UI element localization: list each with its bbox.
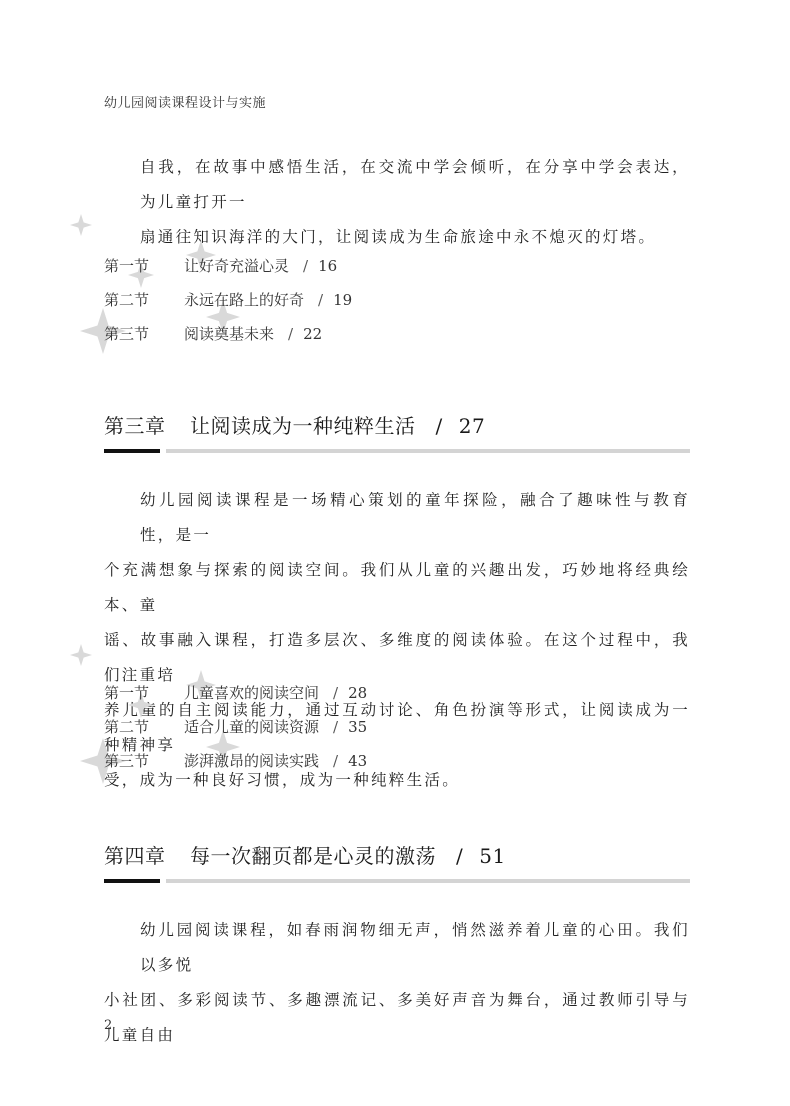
section-page: 22 [303,325,322,343]
toc-entry[interactable]: 第二节永远在路上的好奇/19 [104,283,352,317]
toc-entry[interactable]: 第三节阅读奠基未来/22 [104,317,352,351]
intro-paragraph: 自我，在故事中感悟生活，在交流中学会倾听，在分享中学会表达，为儿童打开一 扇通往… [104,150,690,255]
page-number: 2 [104,1018,112,1033]
section-page: 19 [333,291,352,309]
chapter-rule [104,879,690,883]
section-page: 16 [318,257,337,275]
separator: / [288,325,293,343]
paragraph-line: 幼儿园阅读课程，如春雨润物细无声，悄然滋养着儿童的心田。我们以多悦 [104,913,690,983]
chapter-number: 第四章 [104,840,190,869]
chapter-rule [104,449,690,453]
chapter-title: 让阅读成为一种纯粹生活 [190,414,416,438]
section-number: 第三节 [104,744,184,778]
section-page: 35 [348,718,367,736]
chapter-4-paragraph: 幼儿园阅读课程，如春雨润物细无声，悄然滋养着儿童的心田。我们以多悦 小社团、多彩… [104,913,690,1053]
chapter-page: 27 [459,414,485,438]
section-number: 第二节 [104,710,184,744]
section-title: 儿童喜欢的阅读空间 [184,684,319,702]
chapter-title: 每一次翻页都是心灵的激荡 [190,844,436,868]
section-number: 第一节 [104,676,184,710]
separator: / [456,844,463,868]
separator: / [318,291,323,309]
paragraph-line: 小社团、多彩阅读节、多趣漂流记、多美好声音为舞台，通过教师引导与儿童自由 [104,983,690,1053]
section-title: 澎湃激昂的阅读实践 [184,752,319,770]
toc-section-list: 第一节儿童喜欢的阅读空间/28 第二节适合儿童的阅读资源/35 第三节澎湃激昂的… [104,676,367,778]
section-page: 28 [348,684,367,702]
toc-entry[interactable]: 第一节让好奇充溢心灵/16 [104,249,352,283]
separator: / [333,718,338,736]
toc-entry[interactable]: 第三节澎湃激昂的阅读实践/43 [104,744,367,778]
running-header: 幼儿园阅读课程设计与实施 [104,92,266,111]
toc-entry[interactable]: 第二节适合儿童的阅读资源/35 [104,710,367,744]
chapter-heading-4[interactable]: 第四章每一次翻页都是心灵的激荡/51 [104,840,690,883]
sparkle-decoration-icon [70,214,92,236]
section-title: 阅读奠基未来 [184,325,274,343]
separator: / [333,752,338,770]
section-page: 43 [348,752,367,770]
toc-section-list: 第一节让好奇充溢心灵/16 第二节永远在路上的好奇/19 第三节阅读奠基未来/2… [104,249,352,351]
paragraph-line: 个充满想象与探索的阅读空间。我们从儿童的兴趣出发，巧妙地将经典绘本、童 [104,553,690,623]
separator: / [436,414,443,438]
paragraph-line: 自我，在故事中感悟生活，在交流中学会倾听，在分享中学会表达，为儿童打开一 [104,150,690,220]
chapter-page: 51 [479,844,505,868]
section-number: 第一节 [104,249,184,283]
section-number: 第二节 [104,283,184,317]
section-number: 第三节 [104,317,184,351]
toc-entry[interactable]: 第一节儿童喜欢的阅读空间/28 [104,676,367,710]
section-title: 让好奇充溢心灵 [184,257,289,275]
section-title: 适合儿童的阅读资源 [184,718,319,736]
separator: / [303,257,308,275]
sparkle-decoration-icon [70,644,92,666]
section-title: 永远在路上的好奇 [184,291,304,309]
separator: / [333,684,338,702]
paragraph-line: 幼儿园阅读课程是一场精心策划的童年探险，融合了趣味性与教育性，是一 [104,483,690,553]
chapter-number: 第三章 [104,410,190,439]
chapter-heading-3[interactable]: 第三章让阅读成为一种纯粹生活/27 [104,410,690,453]
